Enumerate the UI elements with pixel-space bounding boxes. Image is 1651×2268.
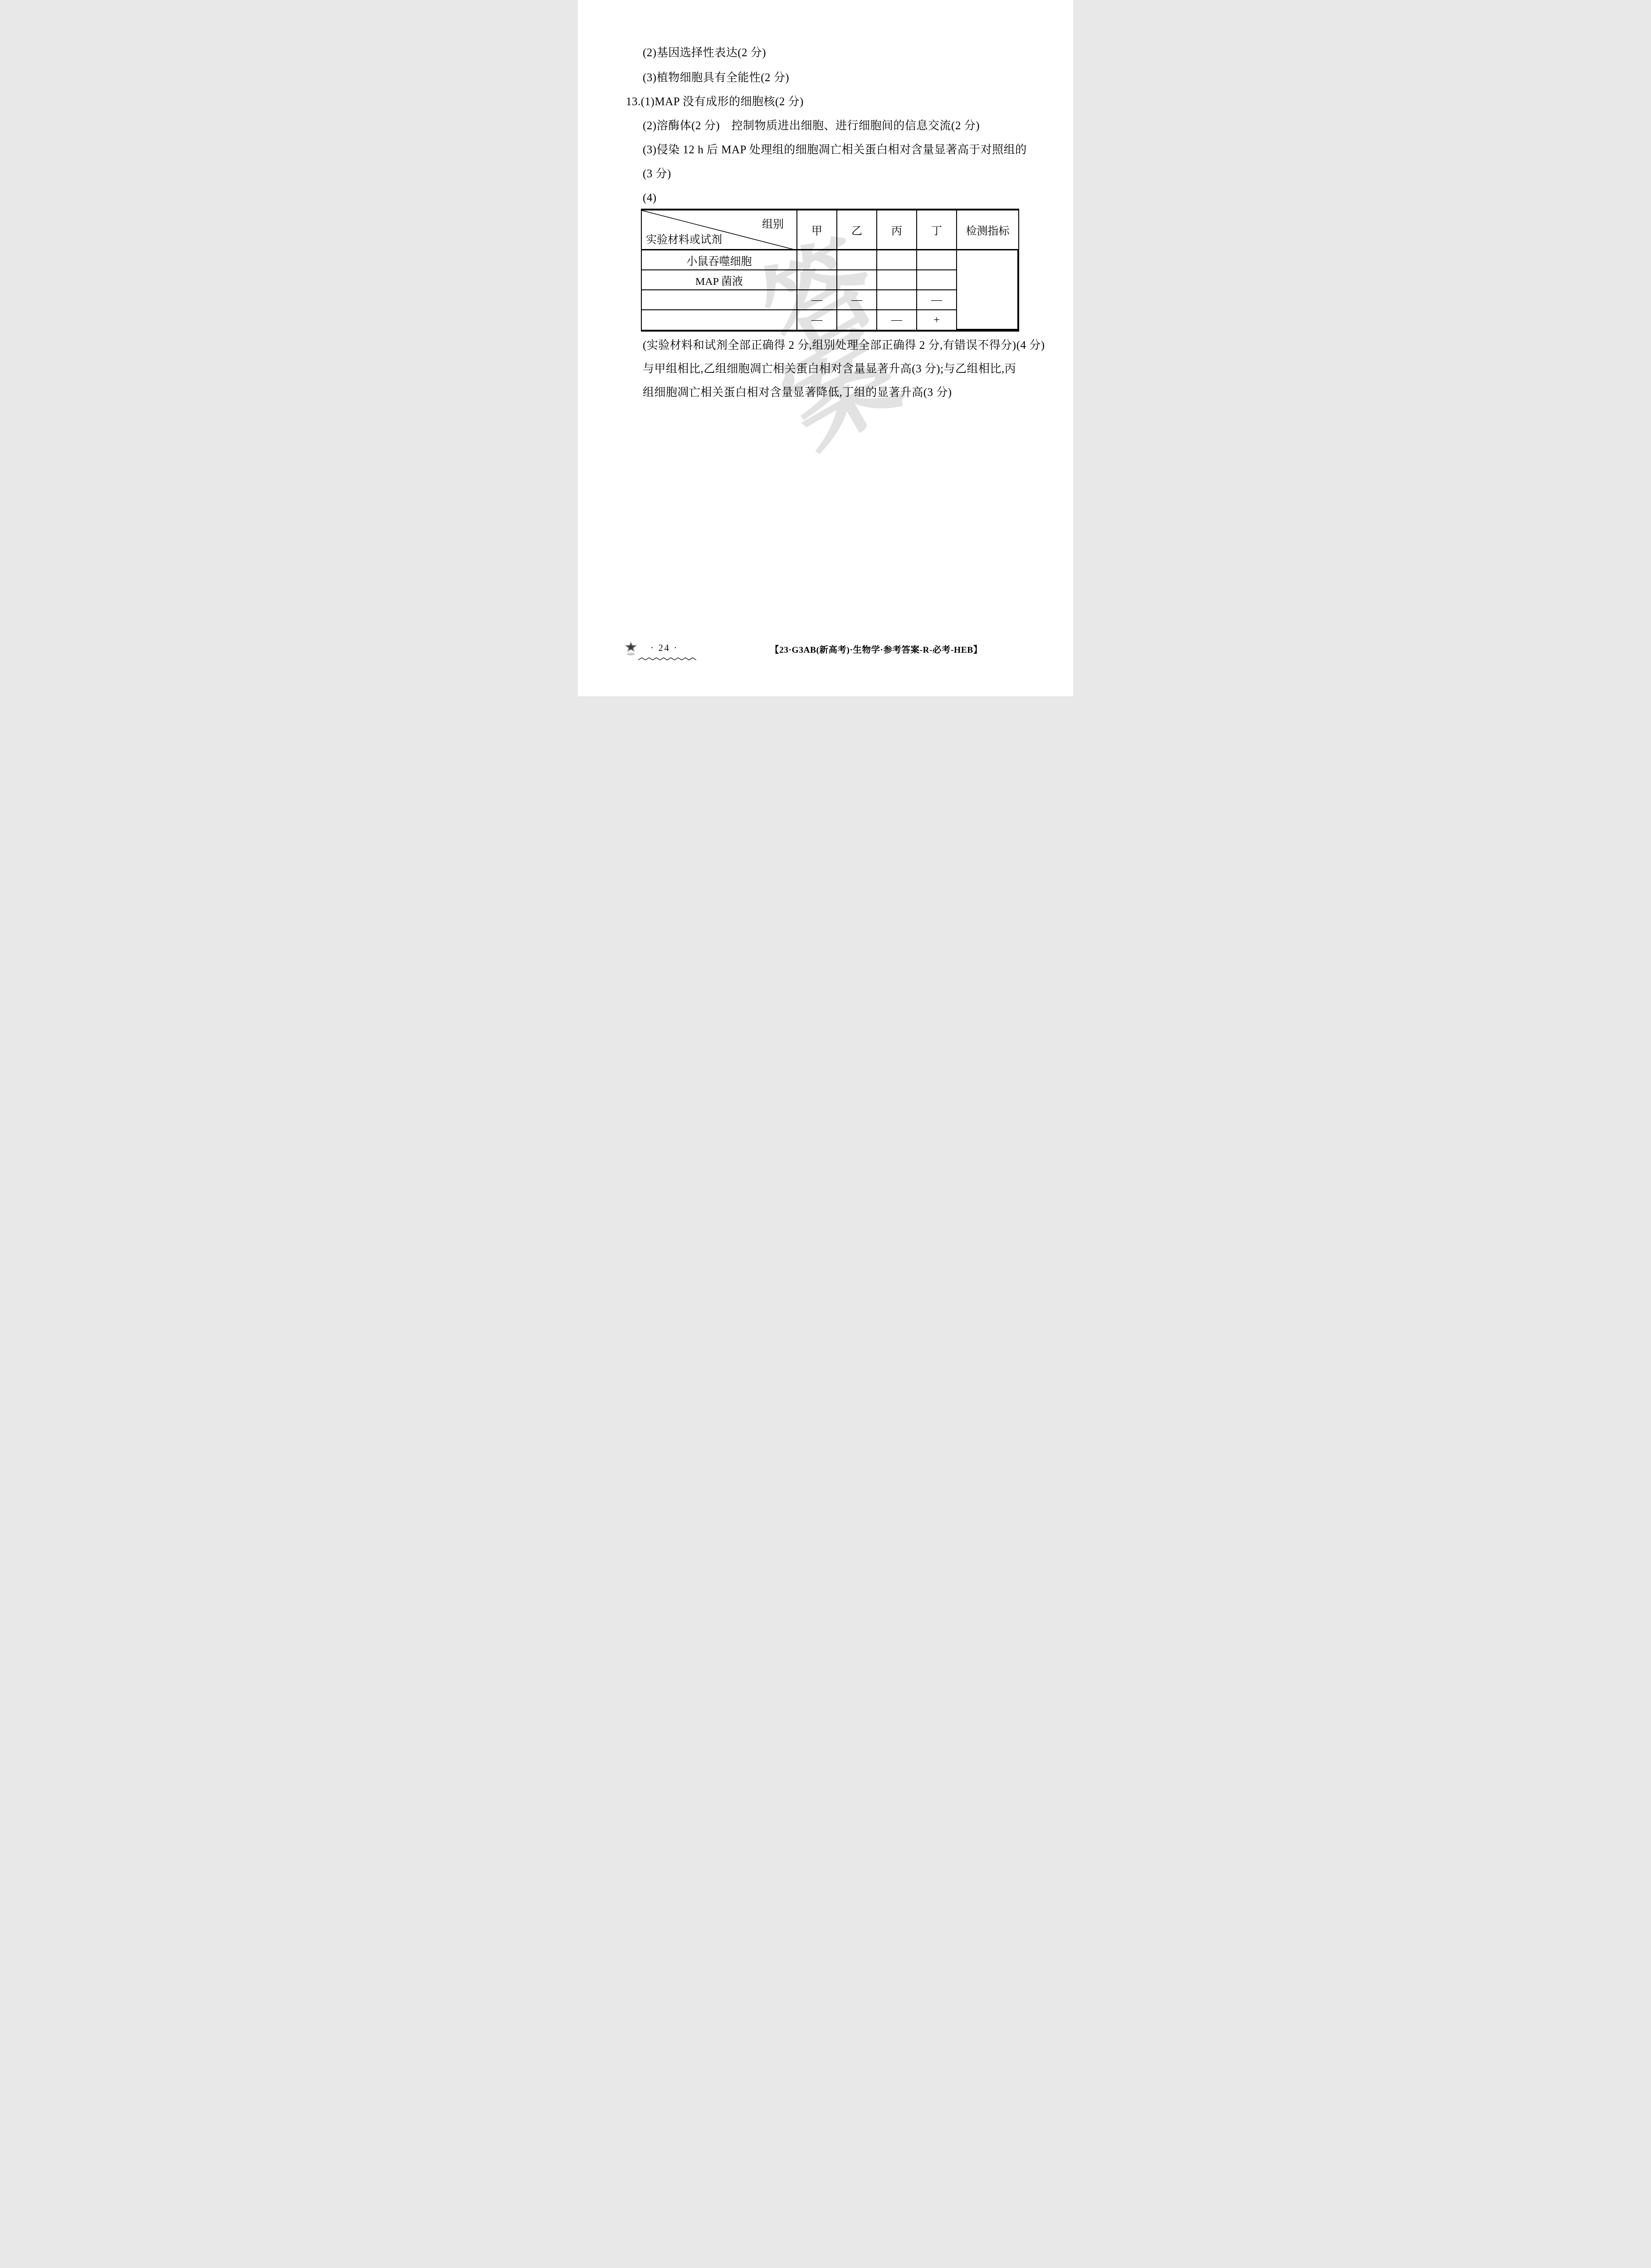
table-cell [837,310,877,330]
table-cell: + [917,310,957,330]
answer-line: (2)溶酶体(2 分) 控制物质进出细胞、进行细胞间的信息交流(2 分) [643,118,980,134]
table-cell [797,250,837,270]
answer-line: 13.(1)MAP 没有成形的细胞核(2 分) [626,94,804,110]
edition-label: 【23·G3AB(新高考)·生物学·参考答案-R-必考-HEB】 [770,643,982,655]
table-cell: — [837,290,877,310]
experiment-table: 组别 实验材料或试剂 甲 乙 丙 丁 检测指标 小鼠吞噬细胞 MAP 菌液 — … [641,209,1019,332]
note-line: 与甲组相比,乙组细胞凋亡相关蛋白相对含量显著升高(3 分);与乙组相比,丙 [643,361,1016,377]
row-label [642,310,797,330]
col-header-jia: 甲 [797,210,837,250]
row-label: MAP 菌液 [642,270,797,290]
table-cell: — [797,310,837,330]
table-cell [877,270,917,290]
table-cell [797,270,837,290]
note-line: 组细胞凋亡相关蛋白相对含量显著降低,丁组的显著升高(3 分) [643,385,952,401]
answer-line: (3)植物细胞具有全能性(2 分) [643,70,789,86]
corner-material-label: 实验材料或试剂 [646,230,722,246]
answer-line: (4) [643,190,657,206]
table-cell: — [917,290,957,310]
detection-merged-cell [957,250,1018,330]
wavy-line [638,655,696,663]
row-label: 小鼠吞噬细胞 [642,250,797,270]
table-cell [877,250,917,270]
answer-line: (3)侵染 12 h 后 MAP 处理组的细胞凋亡相关蛋白相对含量显著高于对照组… [643,142,1027,158]
table-cell [837,250,877,270]
table-cell [917,250,957,270]
page-number: · 24 · [650,643,678,654]
answer-line: (3 分) [643,166,671,182]
col-header-yi: 乙 [837,210,877,250]
col-header-bing: 丙 [877,210,917,250]
table-cell [877,290,917,310]
col-header-ding: 丁 [917,210,957,250]
table-cell: — [877,310,917,330]
table-corner-cell: 组别 实验材料或试剂 [642,210,797,250]
corner-group-label: 组别 [762,215,784,231]
star-icon [624,640,639,658]
table-cell [917,270,957,290]
answer-line: (2)基因选择性表达(2 分) [643,45,766,61]
answer-key-page: 答 案 (2)基因选择性表达(2 分) (3)植物细胞具有全能性(2 分) 13… [578,0,1073,696]
table-cell [837,270,877,290]
row-label [642,290,797,310]
note-line: (实验材料和试剂全部正确得 2 分,组别处理全部正确得 2 分,有错误不得分)(… [643,337,1045,354]
table-cell: — [797,290,837,310]
detection-col-header: 检测指标 [957,210,1018,250]
